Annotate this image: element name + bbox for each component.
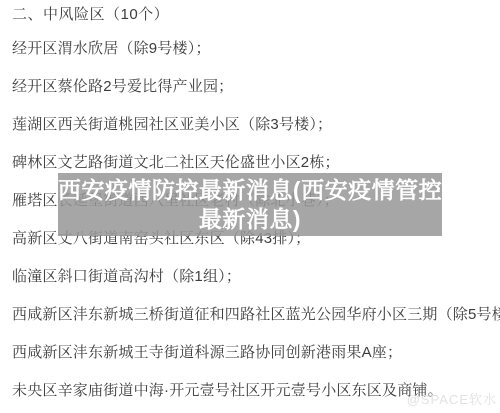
list-item: 临潼区斜口街道高沟村（除1组）； xyxy=(12,270,488,284)
title-overlay-banner: 西安疫情防控最新消息(西安疫情管控 最新消息) xyxy=(58,173,442,236)
list-item: 经开区渭水欣居（除9号楼）； xyxy=(12,42,488,56)
overlay-title-line-1: 西安疫情防控最新消息(西安疫情管控 xyxy=(58,176,442,205)
watermark-text: @SPACE软水 xyxy=(407,389,497,408)
list-item: 莲湖区西关街道桃园社区亚美小区（除3号楼）； xyxy=(12,118,488,132)
overlay-title-line-2: 最新消息) xyxy=(199,205,301,234)
article-page: 二、中风险区（10个） 经开区渭水欣居（除9号楼）； 经开区蔡伦路2号爱比得产业… xyxy=(0,0,500,413)
list-item: 西咸新区沣东新城三桥街道征和四路社区蓝光公园华府小区三期（除5号楼）； xyxy=(12,308,488,322)
list-item: 碑林区文艺路街道文北二社区天伦盛世小区2栋； xyxy=(12,156,488,170)
section-heading: 二、中风险区（10个） xyxy=(12,8,488,22)
list-item: 经开区蔡伦路2号爱比得产业园； xyxy=(12,80,488,94)
list-item: 西咸新区沣东新城王寺街道科源三路协同创新港雨果A座； xyxy=(12,346,488,360)
